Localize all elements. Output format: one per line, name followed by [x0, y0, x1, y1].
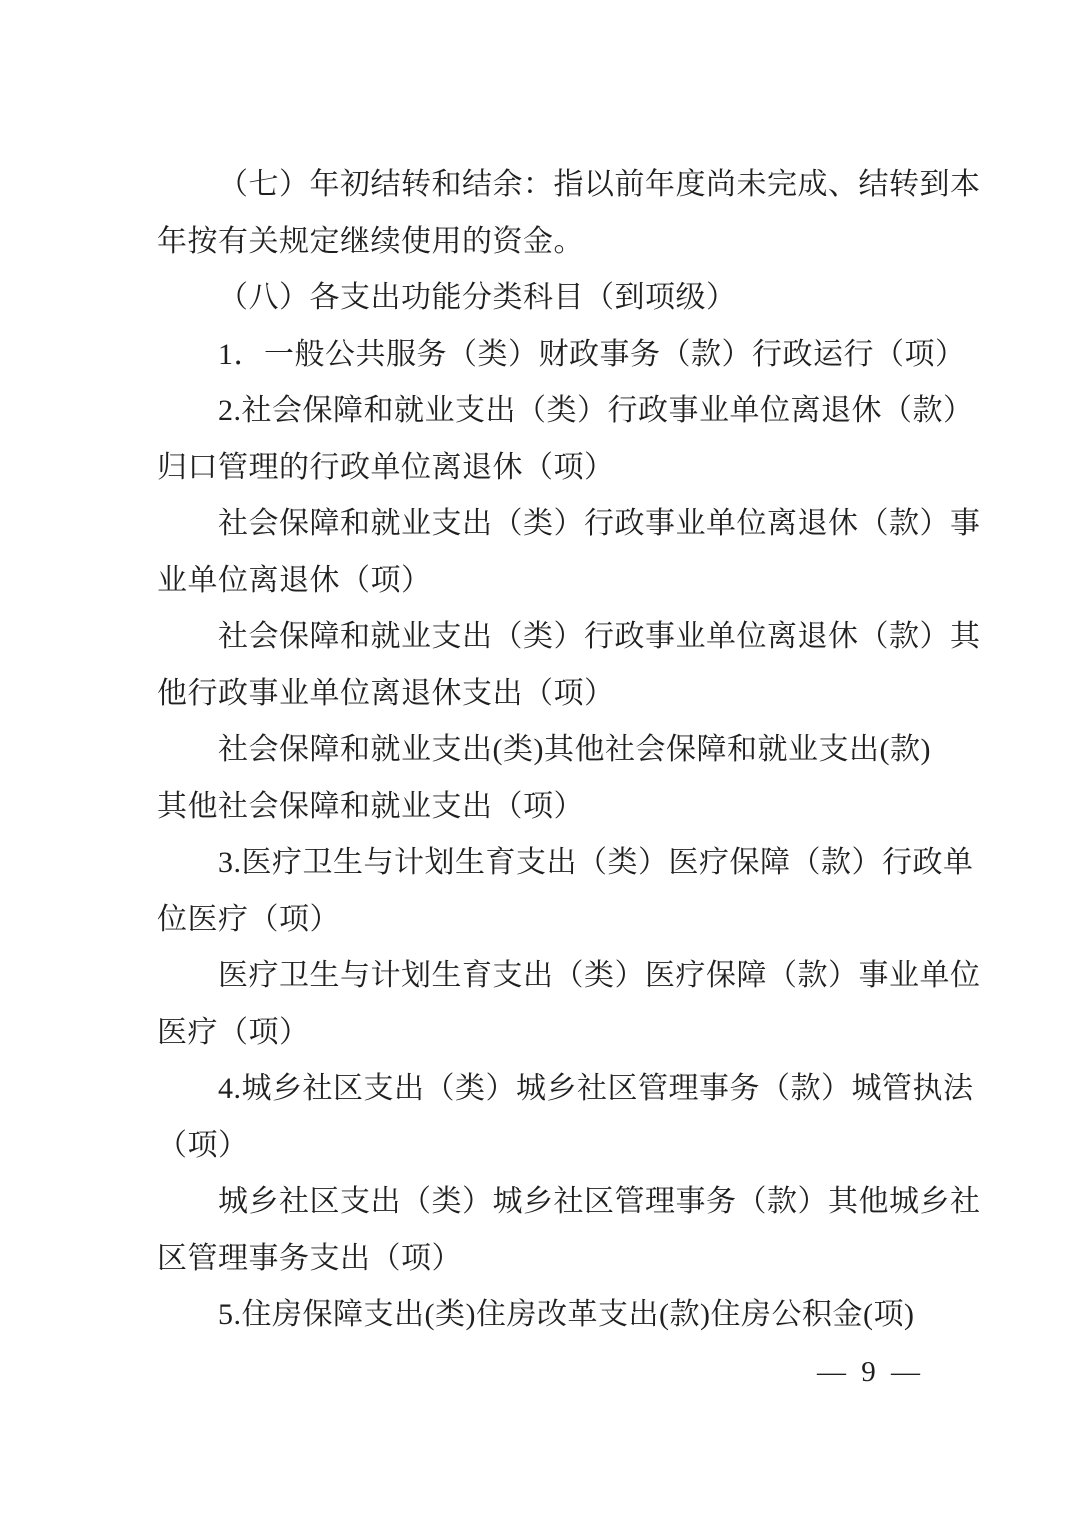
- document-line: 2.社会保障和就业支出（类）行政事业单位离退休（款）: [157, 383, 927, 440]
- document-line: 其他社会保障和就业支出（项）: [157, 779, 927, 836]
- document-page: （七）年初结转和结余：指以前年度尚未完成、结转到本 年按有关规定继续使用的资金。…: [0, 0, 1074, 1520]
- document-line: 医疗卫生与计划生育支出（类）医疗保障（款）事业单位: [157, 948, 927, 1005]
- document-line: 社会保障和就业支出(类)其他社会保障和就业支出(款): [157, 722, 927, 779]
- document-body: （七）年初结转和结余：指以前年度尚未完成、结转到本 年按有关规定继续使用的资金。…: [157, 157, 927, 1344]
- document-line: 业单位离退休（项）: [157, 553, 927, 610]
- document-line: 他行政事业单位离退休支出（项）: [157, 666, 927, 723]
- document-line: 5.住房保障支出(类)住房改革支出(款)住房公积金(项): [157, 1287, 927, 1344]
- page-number: — 9 —: [817, 1352, 924, 1392]
- document-line: 医疗（项）: [157, 1005, 927, 1062]
- document-line: 社会保障和就业支出（类）行政事业单位离退休（款）事: [157, 496, 927, 553]
- document-line: 年按有关规定继续使用的资金。: [157, 214, 927, 271]
- document-line: 4.城乡社区支出（类）城乡社区管理事务（款）城管执法: [157, 1061, 927, 1118]
- document-line: 位医疗（项）: [157, 892, 927, 949]
- document-line: 社会保障和就业支出（类）行政事业单位离退休（款）其: [157, 609, 927, 666]
- document-line: （七）年初结转和结余：指以前年度尚未完成、结转到本: [157, 157, 927, 214]
- document-line: 城乡社区支出（类）城乡社区管理事务（款）其他城乡社: [157, 1174, 927, 1231]
- document-line: 区管理事务支出（项）: [157, 1231, 927, 1288]
- document-line: 归口管理的行政单位离退休（项）: [157, 440, 927, 497]
- document-line: （八）各支出功能分类科目（到项级）: [157, 270, 927, 327]
- document-line: 3.医疗卫生与计划生育支出（类）医疗保障（款）行政单: [157, 835, 927, 892]
- document-line: 1．一般公共服务（类）财政事务（款）行政运行（项）: [157, 327, 927, 384]
- document-line: （项）: [157, 1118, 927, 1175]
